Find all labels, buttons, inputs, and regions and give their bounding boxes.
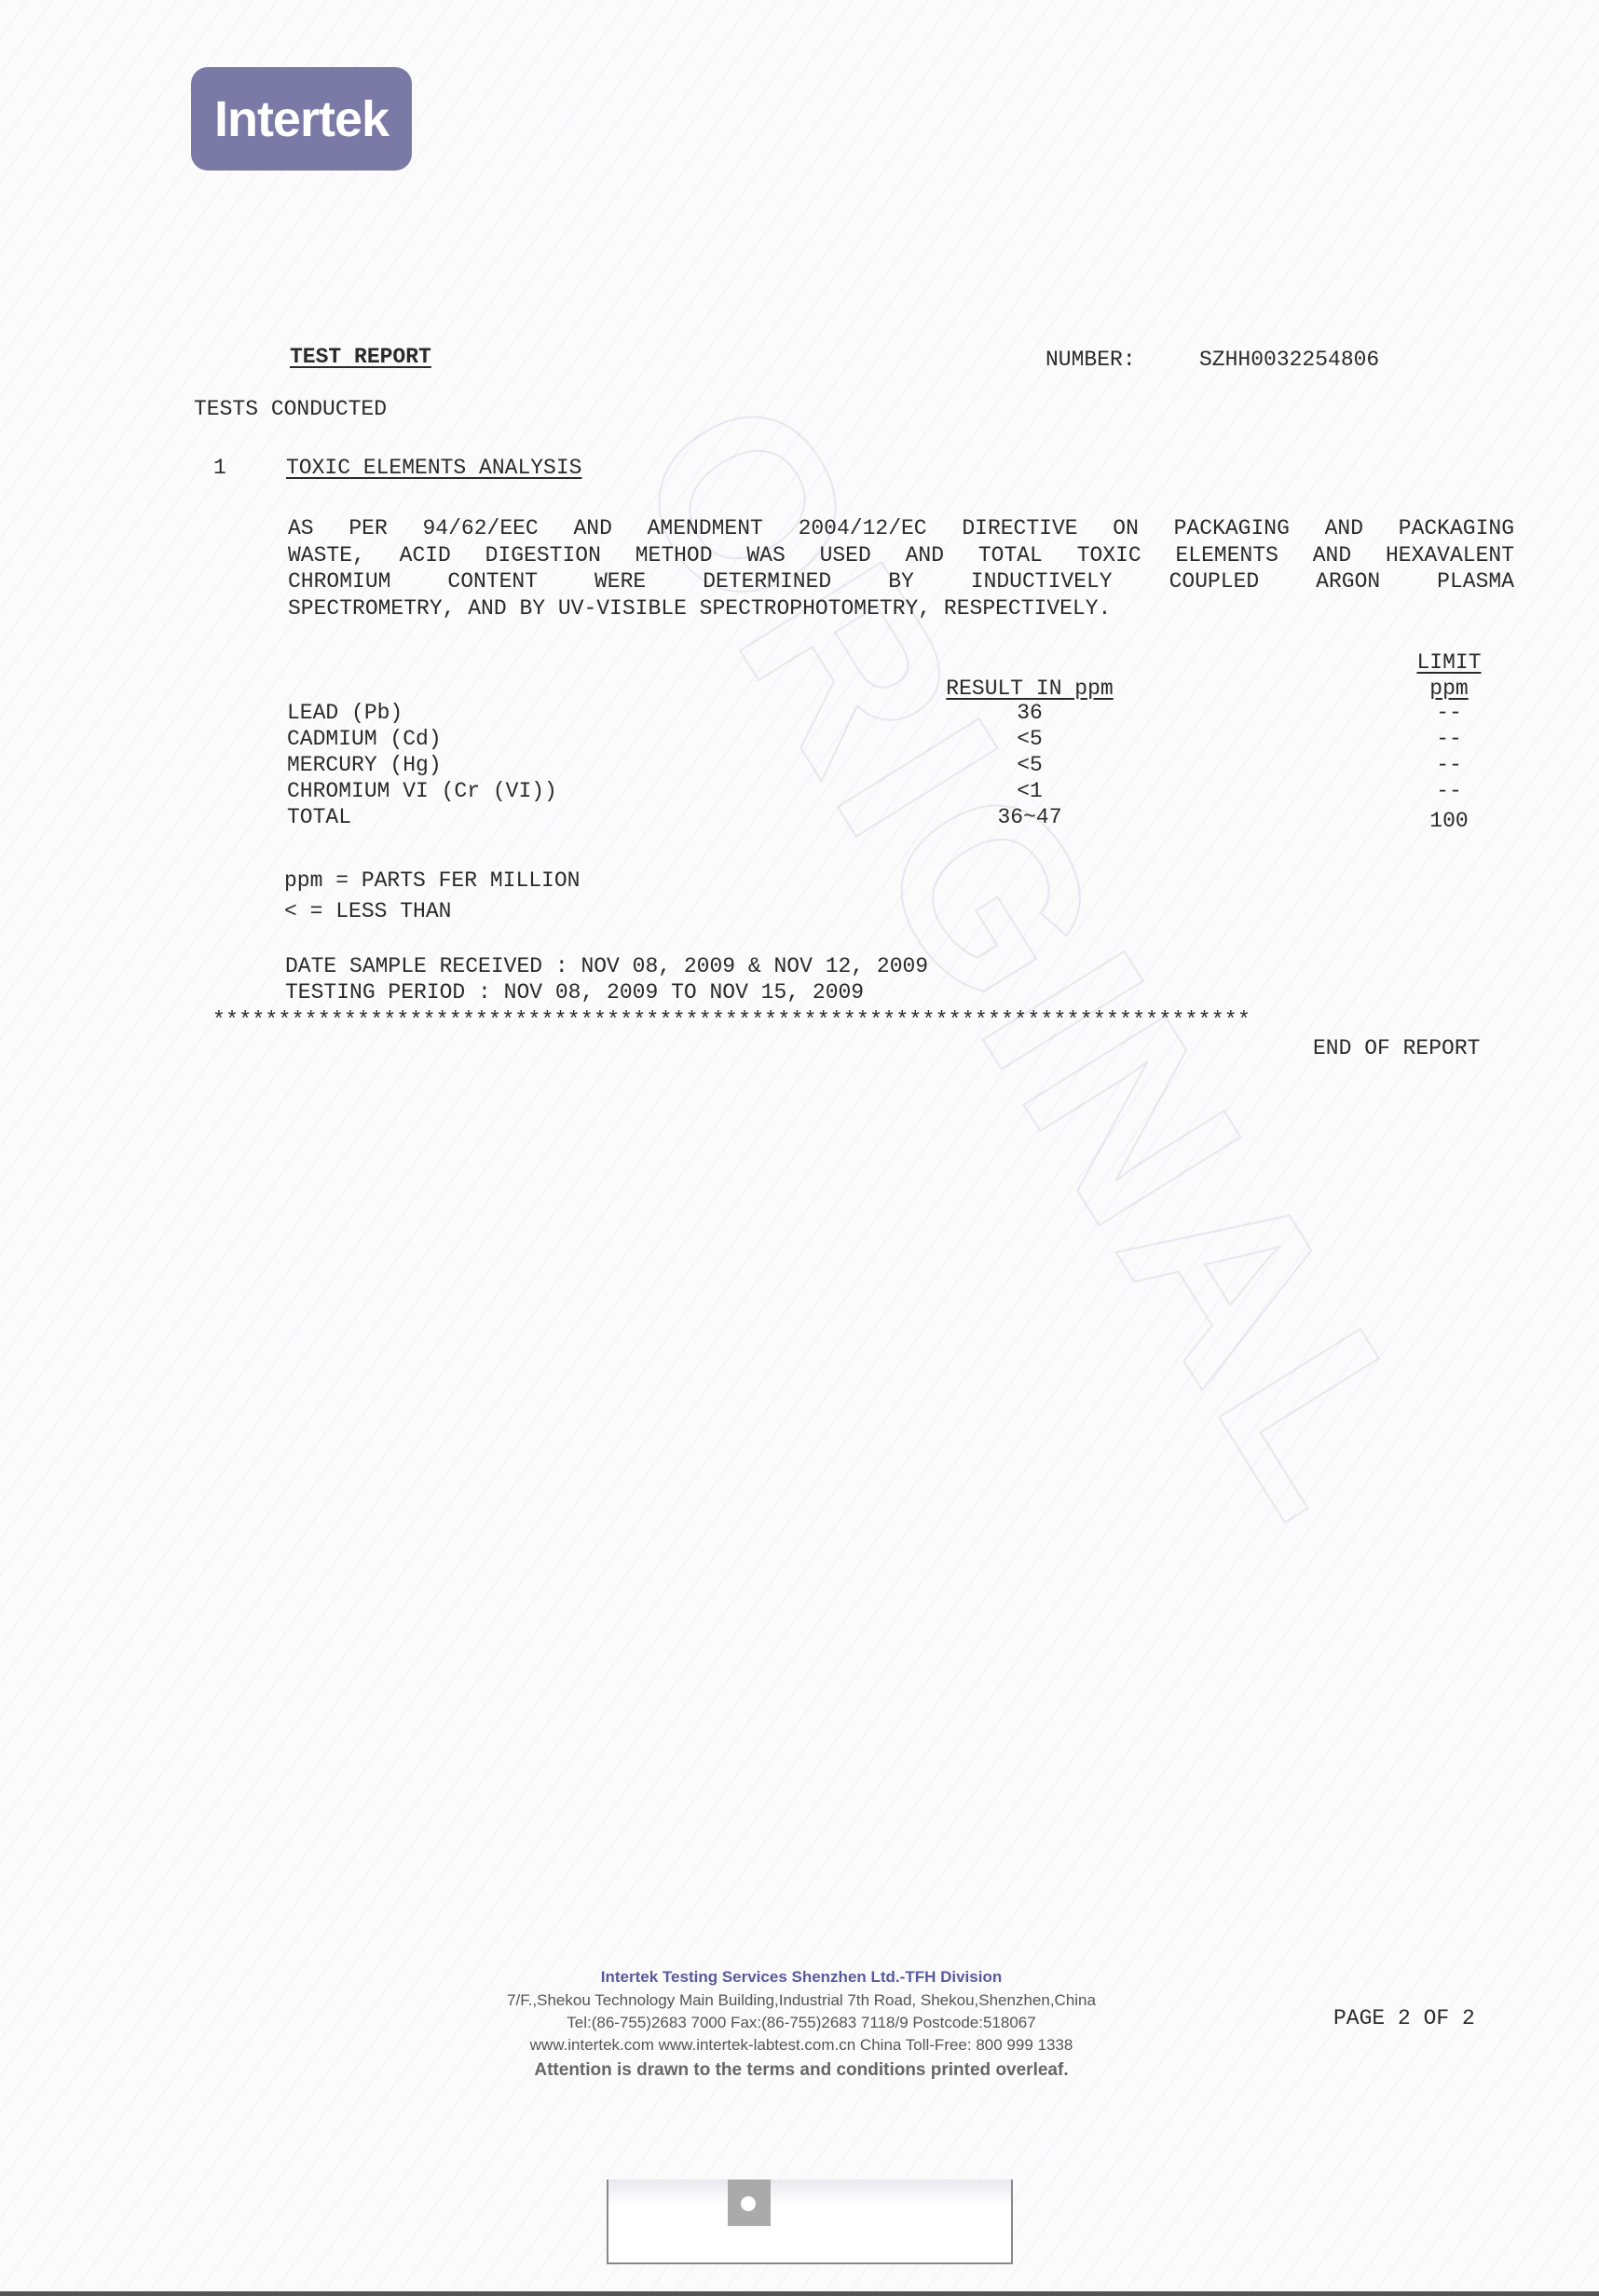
testing-period: TESTING PERIOD : NOV 08, 2009 TO NOV 15,… <box>285 980 864 1004</box>
report-number-label: NUMBER: <box>1045 348 1136 372</box>
element-name: MERCURY (Hg) <box>287 753 442 777</box>
separator-line: ****************************************… <box>212 1008 1250 1032</box>
note-ppm: ppm = PARTS FER MILLION <box>284 868 580 893</box>
footer-web: www.intertek.com www.intertek-labtest.co… <box>447 2036 1155 2055</box>
intertek-logo: Intertek <box>191 67 412 171</box>
end-of-report: END OF REPORT <box>1313 1036 1480 1060</box>
report-title: TEST REPORT <box>290 345 431 369</box>
footer-address: 7/F.,Shekou Technology Main Building,Ind… <box>447 1991 1155 2010</box>
film-icon <box>728 2180 771 2226</box>
description-line: SPECTROMETRY, AND BY UV-VISIBLE SPECTROP… <box>288 595 1514 622</box>
scan-artifact-box <box>607 2180 1013 2264</box>
element-limit: -- <box>1398 753 1500 777</box>
element-name: LEAD (Pb) <box>287 701 403 725</box>
element-result: 36 <box>932 701 1127 725</box>
element-name: TOTAL <box>287 805 351 829</box>
element-limit: -- <box>1398 779 1500 803</box>
element-limit: -- <box>1398 701 1500 725</box>
description-line: AS PER 94/62/EEC AND AMENDMENT 2004/12/E… <box>288 515 1514 542</box>
test-name: TOXIC ELEMENTS ANALYSIS <box>286 456 581 480</box>
element-result: 36~47 <box>932 805 1127 829</box>
footer-attention: Attention is drawn to the terms and cond… <box>447 2060 1155 2081</box>
page-number: PAGE 2 OF 2 <box>1333 2006 1475 2030</box>
note-less-than: < = LESS THAN <box>284 899 451 923</box>
footer-contact: Tel:(86-755)2683 7000 Fax:(86-755)2683 7… <box>447 2014 1155 2032</box>
section-heading: TESTS CONDUCTED <box>194 397 387 421</box>
security-watermark <box>0 0 1599 2296</box>
test-description: AS PER 94/62/EEC AND AMENDMENT 2004/12/E… <box>288 515 1514 622</box>
limit-header: LIMIT <box>1398 650 1500 675</box>
report-number: SZHH0032254806 <box>1199 348 1379 372</box>
element-result: <1 <box>932 779 1127 803</box>
date-received: DATE SAMPLE RECEIVED : NOV 08, 2009 & NO… <box>285 954 928 978</box>
element-result: <5 <box>932 753 1127 777</box>
result-header: RESULT IN ppm <box>932 676 1127 701</box>
footer-company: Intertek Testing Services Shenzhen Ltd.-… <box>447 1968 1155 1987</box>
element-limit: -- <box>1398 727 1500 751</box>
limit-unit-header: ppm <box>1398 676 1500 701</box>
element-limit: 100 <box>1398 809 1500 833</box>
element-name: CADMIUM (Cd) <box>287 727 442 751</box>
element-name: CHROMIUM VI (Cr (VI)) <box>287 779 557 803</box>
scan-edge <box>0 2291 1599 2296</box>
logo-text: Intertek <box>214 90 389 148</box>
test-index: 1 <box>213 456 226 480</box>
element-result: <5 <box>932 727 1127 751</box>
description-line: WASTE, ACID DIGESTION METHOD WAS USED AN… <box>288 542 1514 569</box>
description-line: CHROMIUM CONTENT WERE DETERMINED BY INDU… <box>288 568 1514 595</box>
